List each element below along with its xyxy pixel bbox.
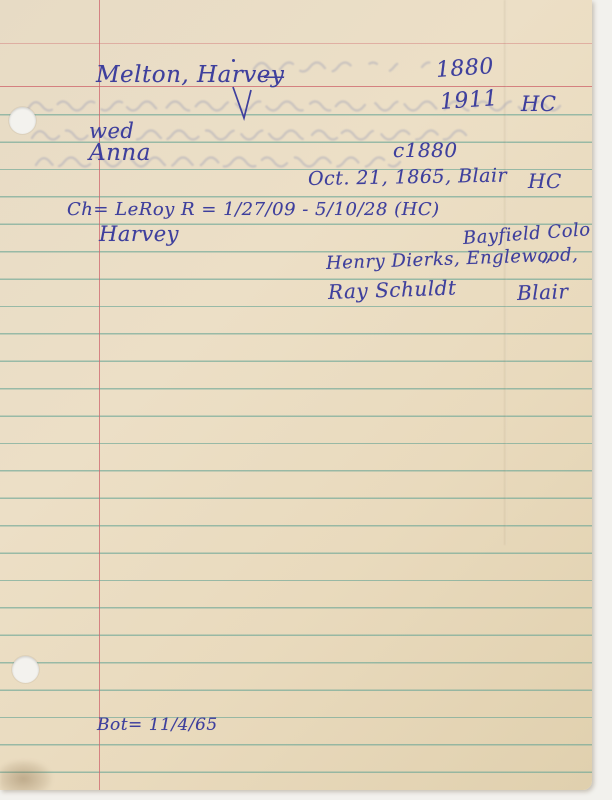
handwriting-blair: Blair xyxy=(517,279,569,305)
handwriting-date-place: Oct. 21, 1865, Blair xyxy=(308,165,508,190)
paper-crease xyxy=(504,0,507,545)
handwriting-spouse-name: Anna xyxy=(89,140,151,166)
handwriting-children-line: Ch= LeRoy R = 1/27/09 - 5/10/28 (HC) xyxy=(67,199,440,220)
hole-punch-top xyxy=(9,107,36,134)
handwriting-birth-year: 1880 xyxy=(435,54,495,83)
ink-dot xyxy=(232,59,235,62)
hole-punch-bottom xyxy=(12,656,39,683)
handwriting-circa-year: c1880 xyxy=(393,138,458,162)
handwriting-ditto-mark: ” xyxy=(541,254,552,278)
handwriting-surname-line: Melton, Harvey xyxy=(96,62,284,88)
handwriting-dash: — xyxy=(263,64,286,89)
check-mark xyxy=(232,86,254,122)
handwriting-ray-schuldt: Ray Schuldt xyxy=(328,276,457,304)
handwriting-hc-note-1: HC xyxy=(521,92,556,116)
handwriting-hc-note-2: HC xyxy=(528,169,562,193)
scanner-background: Melton, Harvey — 1880 1911 HC wed Anna c… xyxy=(0,0,612,800)
paper-stain xyxy=(0,760,52,790)
handwriting-bottom-date: Bot= 11/4/65 xyxy=(97,715,218,735)
handwriting-death-year: 1911 xyxy=(439,86,499,115)
handwriting-child-harvey: Harvey xyxy=(99,222,179,246)
notebook-page: Melton, Harvey — 1880 1911 HC wed Anna c… xyxy=(0,0,592,790)
